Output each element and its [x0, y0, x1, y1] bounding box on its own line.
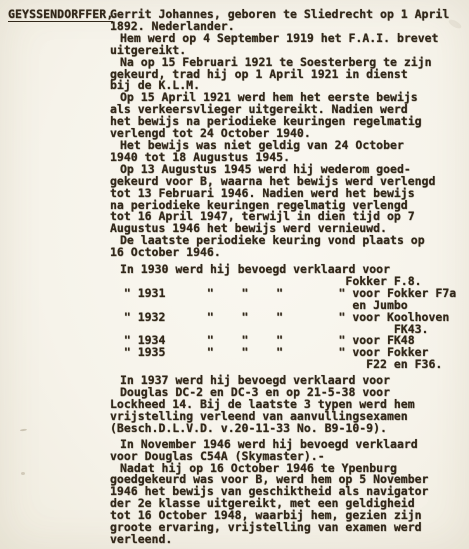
document-body: Gerrit Johannes, geboren te Sliedrecht o… [110, 9, 466, 546]
scanned-document-page: GEYSSENDORFFER, Gerrit Johannes, geboren… [0, 0, 469, 549]
type-rating-line: F22 en F36. [110, 359, 466, 371]
surname-heading: GEYSSENDORFFER, [8, 9, 113, 22]
paper-stain [20, 429, 27, 432]
text-line: verleend. [110, 534, 466, 546]
text-line: (Besch.D.L.V.D. v.20-11-33 No. B9-10-9). [110, 423, 466, 435]
paper-stain [21, 472, 25, 475]
text-line: 16 October 1946. [110, 247, 466, 259]
